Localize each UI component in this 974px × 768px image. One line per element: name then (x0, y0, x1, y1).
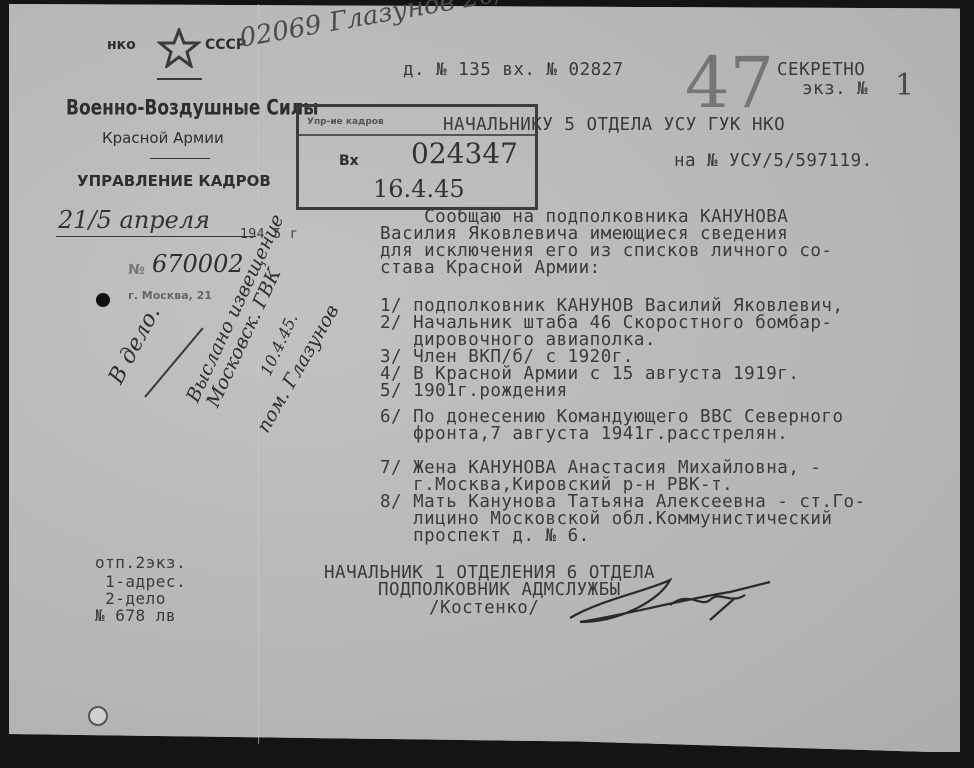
large-handwritten-number: 47 (685, 42, 774, 124)
info-list-item: 5/ 1901г.рождения (380, 383, 568, 400)
stamp-incoming-number: 024347 (411, 137, 518, 170)
stamp-header: Упр-ие кадров (307, 117, 384, 127)
intro-line: става Красной Армии: (380, 260, 601, 277)
letter-date-handwritten: 21/5 апреля (58, 206, 210, 234)
letterhead-nko: нко (107, 37, 136, 53)
punch-hole (96, 293, 110, 307)
copy-label: экз. № (802, 81, 868, 98)
red-star-icon (157, 28, 201, 68)
date-underline (56, 236, 256, 237)
signature-name: /Костенко/ (429, 600, 539, 617)
divider (150, 158, 210, 159)
outgoing-number: 670002 (152, 250, 244, 278)
divider (157, 78, 202, 80)
org-subtitle: Красной Армии (102, 129, 224, 147)
info-list-item: проспект д. № 6. (380, 528, 590, 545)
classification: СЕКРЕТНО (777, 62, 865, 79)
paper-tear (88, 706, 108, 726)
city-line: г. Москва, 21 (128, 289, 212, 302)
info-list-item: фронта,7 августа 1941г.расстрелян. (380, 426, 788, 443)
addressee-line: НАЧАЛЬНИКУ 5 ОТДЕЛА УСУ ГУК НКО (443, 117, 785, 134)
file-reference: д. № 135 вх. № 02827 (403, 62, 624, 79)
copy-number: 1 (895, 68, 914, 103)
org-name: Военно-Воздушные Силы (66, 96, 319, 121)
distribution-line: № 678 лв (95, 606, 176, 625)
org-department: УПРАВЛЕНИЕ КАДРОВ (77, 172, 271, 190)
stamp-date: 16.4.45 (373, 175, 465, 203)
number-prefix: № (128, 262, 145, 278)
reference-number: на № УСУ/5/597119. (674, 153, 873, 170)
signature-scribble (560, 560, 780, 640)
distribution-line: отп.2экз. (95, 555, 186, 572)
stamp-prefix: Вх (339, 153, 359, 169)
